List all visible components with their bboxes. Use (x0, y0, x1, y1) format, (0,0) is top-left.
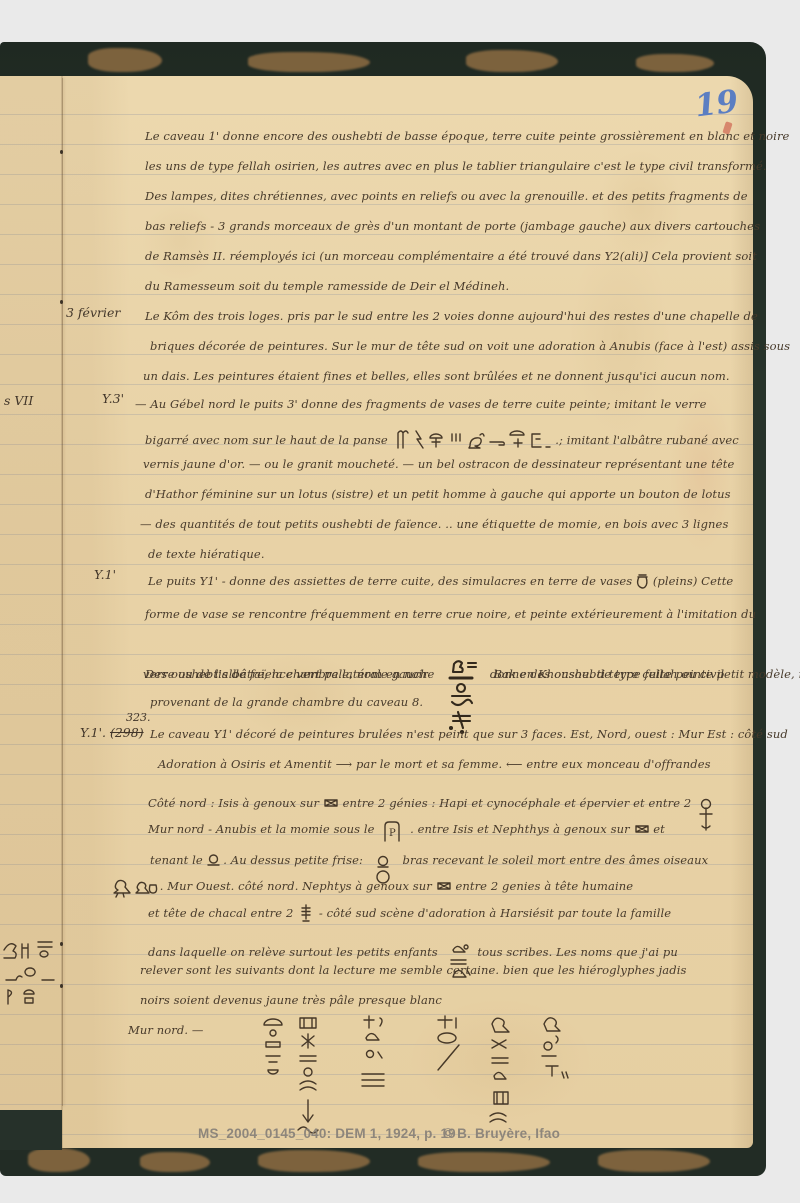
text-line: provenant de la grande chambre du caveau… (150, 694, 423, 710)
text-line: d'Hathor féminine sur un lotus (sistre) … (145, 486, 731, 502)
text-segment: Des oushebtis de faïence vert pale, nom … (145, 667, 428, 681)
text-line: Le puits Y1' - donne des assiettes de te… (148, 571, 733, 590)
binding-stitch (60, 150, 63, 154)
text-line: . Mur Ouest. côté nord. Nephtys à genoux… (108, 872, 633, 898)
text-segment: et (653, 822, 665, 836)
text-line: Le caveau 1' donne encore des oushebti d… (145, 128, 789, 144)
text-line: les uns de type fellah osirien, les autr… (145, 158, 767, 174)
text-segment: Le puits Y1' - donne des assiettes de te… (148, 574, 632, 588)
margin-note-date: 3 février (66, 306, 120, 320)
hieroglyph-left-edge-cut (0, 936, 58, 1008)
text-line: bigarré avec nom sur le haut de la panse… (145, 426, 739, 452)
hieroglyph-vase-icon (636, 571, 649, 590)
text-segment: entre 2 génies : Hapi et cynocéphale et … (343, 796, 692, 810)
hieroglyph-house-p-icon: P (381, 816, 403, 842)
arrow-left-icon: ⟵ (506, 757, 523, 771)
cover-wear-patch (248, 52, 370, 72)
text-line: — Au Gébel nord le puits 3' donne des fr… (135, 396, 707, 412)
text-segment: Côté nord : Isis à genoux sur (148, 796, 319, 810)
text-line: vernis jaune d'or. — ou le granit mouche… (143, 456, 734, 472)
svg-text:P: P (389, 828, 396, 839)
text-line: — des quantités de tout petits oushebti … (140, 516, 728, 532)
text-line: et tête de chacal entre 2 - côté sud scè… (148, 902, 671, 922)
cover-wear-patch (466, 50, 558, 72)
text-segment: .; imitant l'albâtre rubané avec (555, 433, 739, 447)
text-line: de Ramsès II. réemployés ici (un morceau… (145, 248, 757, 264)
text-segment: par le mort et sa femme. (356, 757, 502, 771)
notebook-scan: 19 s VII 3 février Y.3' Y.1' 323. Y.1'. … (0, 0, 800, 1203)
text-line: briques décorée de peintures. Sur le mur… (150, 338, 790, 354)
text-segment: Mur nord - Anubis et la momie sous le (148, 822, 375, 836)
margin-note-y1b-label: Y.1'. (80, 725, 106, 740)
cover-wear-patch (140, 1152, 210, 1172)
hieroglyph-column-4 (428, 1012, 466, 1090)
hieroglyph-genie-icon (699, 798, 713, 834)
hieroglyph-djed-icon (300, 902, 312, 922)
hieroglyph-column-6 (536, 1012, 570, 1102)
text-line: Mur nord - Anubis et la momie sous le P … (148, 816, 665, 842)
hieroglyph-basket-icon (634, 824, 650, 834)
text-line: Mur nord. — (128, 1022, 203, 1038)
hieroglyph-birds-icon (108, 872, 156, 898)
cover-wear-patch (418, 1152, 550, 1172)
text-segment: tous scribes. Les noms que j'ai pu (477, 945, 678, 959)
text-line: Adoration à Osiris et Amentit ⟶ par le m… (158, 756, 711, 772)
text-segment: tenant le (150, 853, 203, 867)
text-segment: et tête de chacal entre 2 (148, 906, 293, 920)
text-segment: dans laquelle on relève surtout les peti… (148, 945, 438, 959)
cover-wear-patch (28, 1148, 90, 1172)
gutter-crease (62, 78, 63, 1106)
text-segment: bigarré avec nom sur le haut de la panse (145, 433, 388, 447)
hieroglyph-shen-icon (207, 854, 220, 866)
text-line: Le Kôm des trois loges. pris par le sud … (145, 308, 758, 324)
margin-note-y3: Y.3' (102, 392, 124, 406)
text-segment: entre eux monceau d'offrandes (526, 757, 710, 771)
text-line: relever sont les suivants dont la lectur… (140, 962, 687, 978)
text-segment: Adoration à Osiris et Amentit (158, 757, 332, 771)
binding-stitch (60, 942, 63, 946)
cover-wear-patch (636, 54, 714, 72)
text-line: Des oushebtis de faïence vert pale, nom … (145, 666, 724, 682)
binding-stitch (60, 300, 63, 304)
cover-wear-patch (88, 48, 162, 72)
hieroglyph-column-2 (292, 1012, 324, 1140)
text-segment: - côté sud scène d'adoration à Harsiésit… (319, 906, 671, 920)
text-segment: Bak en Khonsou. de type fellah ou civil (494, 667, 725, 681)
page-number: 19 (693, 85, 740, 122)
text-line: forme de vase se rencontre fréquemment e… (145, 606, 756, 622)
text-segment: . Mur Ouest. côté nord. Nephtys à genoux… (160, 879, 432, 893)
text-line: Des lampes, dites chrétiennes, avec poin… (145, 188, 748, 204)
text-line: Le caveau Y1' décoré de peintures brulée… (150, 726, 788, 742)
margin-note-y1b-old-number: (298) (110, 725, 144, 740)
watermark-shelfmark: MS_2004_0145_040: DEM 1, 1924, p. 19 (198, 1126, 456, 1142)
text-line: du Ramesseum soit du temple ramesside de… (145, 278, 509, 294)
hieroglyph-inline-vase-name (392, 426, 552, 452)
cover-wear-patch (258, 1150, 370, 1172)
text-line: de texte hiératique. (148, 546, 265, 562)
text-segment: . Au dessus petite frise: (223, 853, 363, 867)
text-segment: entre 2 genies à tête humaine (455, 879, 633, 893)
arrow-right-icon: ⟶ (336, 757, 353, 771)
text-line: bas reliefs - 3 grands morceaux de grès … (145, 218, 760, 234)
watermark-copyright: © B. Bruyère, Ifao (443, 1126, 560, 1142)
hieroglyph-basket-icon (323, 798, 339, 808)
margin-note-prev-page: s VII (4, 394, 33, 408)
text-line: noirs soient devenus jaune très pâle pre… (140, 992, 442, 1008)
cover-wear-patch (598, 1150, 710, 1172)
hieroglyph-column-5 (484, 1012, 518, 1134)
margin-note-y1b: Y.1'. (298) (80, 726, 144, 740)
hieroglyph-column-1 (260, 1016, 286, 1078)
hieroglyph-basket-icon (436, 881, 452, 891)
left-page-edge-gap (0, 1110, 62, 1150)
text-line: un dais. Les peintures étaient fines et … (143, 368, 730, 384)
binding-stitch (60, 984, 63, 988)
text-segment: bras recevant le soleil mort entre des â… (403, 853, 709, 867)
text-segment: (pleins) Cette (653, 574, 734, 588)
hieroglyph-column-3 (358, 1012, 388, 1096)
margin-note-y1: Y.1' (94, 568, 116, 582)
text-segment: . entre Isis et Nephthys à genoux sur (410, 822, 630, 836)
